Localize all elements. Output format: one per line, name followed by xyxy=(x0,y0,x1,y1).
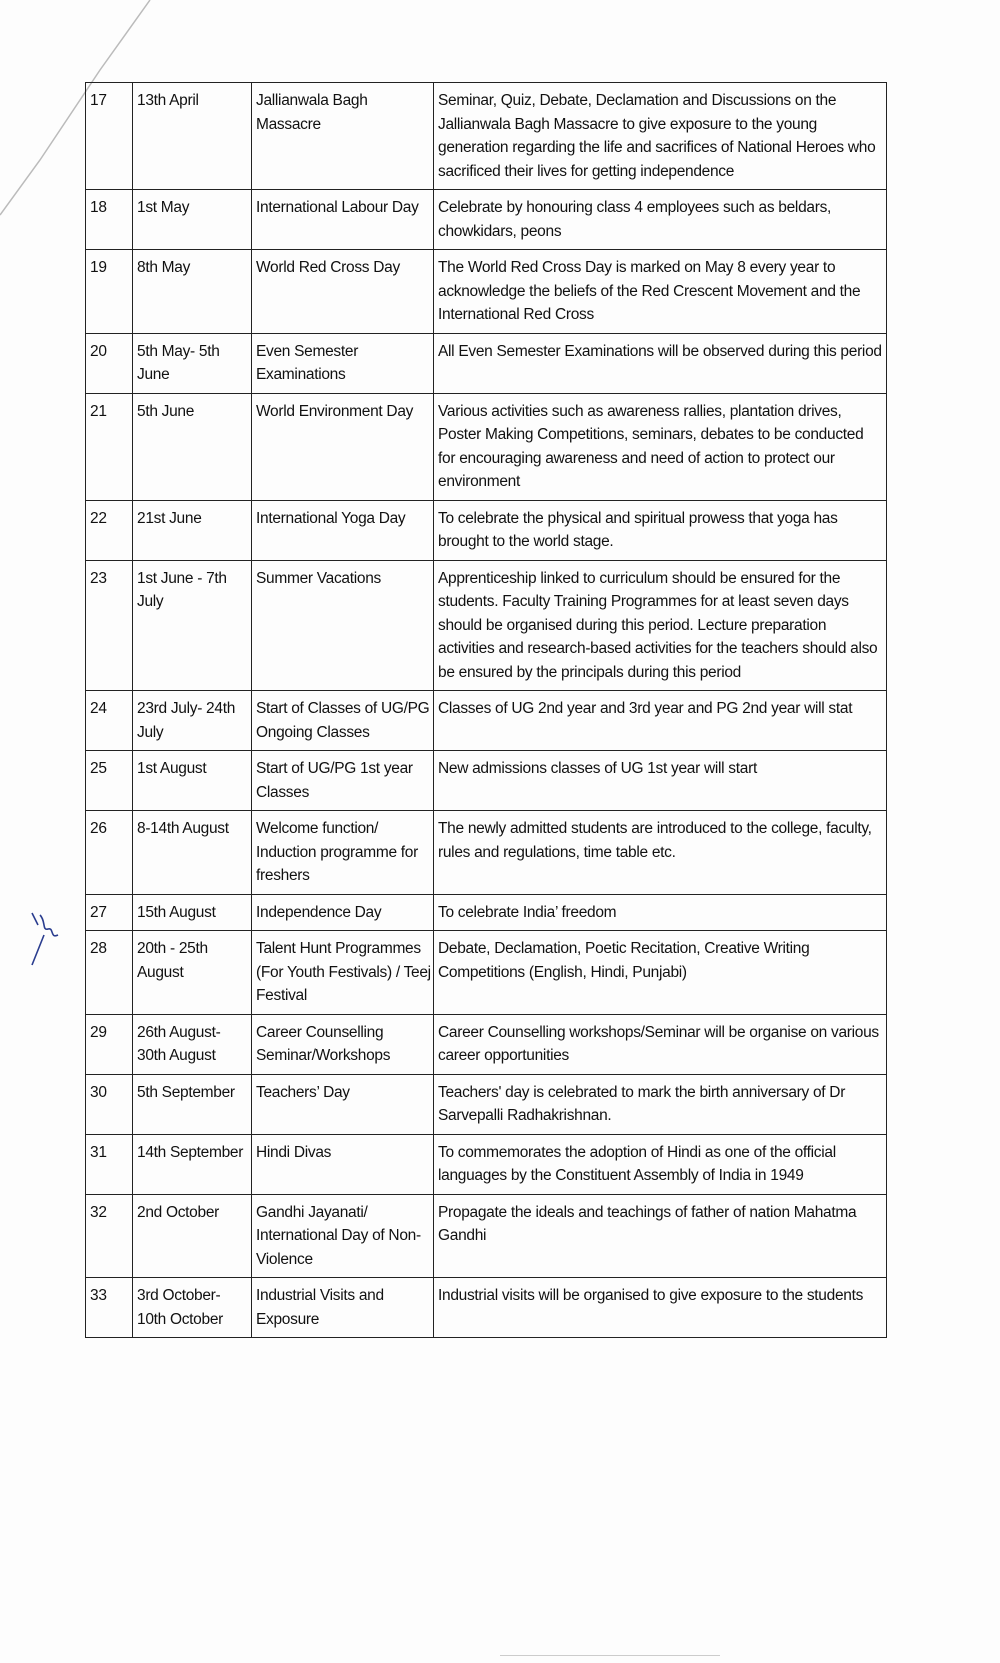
serial-number-cell: 28 xyxy=(86,931,133,1015)
event-cell: Even Semester Examinations xyxy=(252,333,434,393)
description-cell: Seminar, Quiz, Debate, Declamation and D… xyxy=(434,83,887,190)
date-cell: 2nd October xyxy=(133,1194,252,1278)
event-cell: Jallianwala Bagh Massacre xyxy=(252,83,434,190)
description-cell: To commemorates the adoption of Hindi as… xyxy=(434,1134,887,1194)
description-cell: Career Counselling workshops/Seminar wil… xyxy=(434,1014,887,1074)
serial-number-cell: 31 xyxy=(86,1134,133,1194)
event-cell: Summer Vacations xyxy=(252,560,434,691)
description-cell: Teachers' day is celebrated to mark the … xyxy=(434,1074,887,1134)
description-cell: New admissions classes of UG 1st year wi… xyxy=(434,751,887,811)
date-cell: 1st May xyxy=(133,190,252,250)
event-cell: Independence Day xyxy=(252,894,434,931)
serial-number-cell: 17 xyxy=(86,83,133,190)
event-cell: International Labour Day xyxy=(252,190,434,250)
description-cell: Classes of UG 2nd year and 3rd year and … xyxy=(434,691,887,751)
description-cell: To celebrate India’ freedom xyxy=(434,894,887,931)
date-cell: 1st June - 7th July xyxy=(133,560,252,691)
table-row: 29 26th August- 30th August Career Couns… xyxy=(86,1014,887,1074)
table-row: 33 3rd October- 10th October Industrial … xyxy=(86,1278,887,1338)
table-row: 21 5th June World Environment Day Variou… xyxy=(86,393,887,500)
serial-number-cell: 19 xyxy=(86,250,133,334)
serial-number-cell: 18 xyxy=(86,190,133,250)
serial-number-cell: 33 xyxy=(86,1278,133,1338)
table-row: 26 8-14th August Welcome function/ Induc… xyxy=(86,811,887,895)
academic-calendar-table: 17 13th April Jallianwala Bagh Massacre … xyxy=(85,82,887,1338)
description-cell: Debate, Declamation, Poetic Recitation, … xyxy=(434,931,887,1015)
serial-number-cell: 22 xyxy=(86,500,133,560)
description-cell: To celebrate the physical and spiritual … xyxy=(434,500,887,560)
date-cell: 5th May- 5th June xyxy=(133,333,252,393)
date-cell: 8-14th August xyxy=(133,811,252,895)
event-cell: Teachers’ Day xyxy=(252,1074,434,1134)
description-cell: The newly admitted students are introduc… xyxy=(434,811,887,895)
date-cell: 14th September xyxy=(133,1134,252,1194)
serial-number-cell: 30 xyxy=(86,1074,133,1134)
signature-mark xyxy=(28,905,68,975)
table-row: 32 2nd October Gandhi Jayanati/ Internat… xyxy=(86,1194,887,1278)
table-row: 19 8th May World Red Cross Day The World… xyxy=(86,250,887,334)
description-cell: Industrial visits will be organised to g… xyxy=(434,1278,887,1338)
serial-number-cell: 21 xyxy=(86,393,133,500)
date-cell: 3rd October- 10th October xyxy=(133,1278,252,1338)
description-cell: All Even Semester Examinations will be o… xyxy=(434,333,887,393)
date-cell: 13th April xyxy=(133,83,252,190)
event-cell: International Yoga Day xyxy=(252,500,434,560)
description-cell: Various activities such as awareness ral… xyxy=(434,393,887,500)
serial-number-cell: 20 xyxy=(86,333,133,393)
description-cell: Propagate the ideals and teachings of fa… xyxy=(434,1194,887,1278)
event-cell: Welcome function/ Induction programme fo… xyxy=(252,811,434,895)
date-cell: 23rd July- 24th July xyxy=(133,691,252,751)
event-cell: Hindi Divas xyxy=(252,1134,434,1194)
serial-number-cell: 32 xyxy=(86,1194,133,1278)
event-cell: Career Counselling Seminar/Workshops xyxy=(252,1014,434,1074)
description-cell: Celebrate by honouring class 4 employees… xyxy=(434,190,887,250)
table-row: 23 1st June - 7th July Summer Vacations … xyxy=(86,560,887,691)
event-cell: World Environment Day xyxy=(252,393,434,500)
date-cell: 1st August xyxy=(133,751,252,811)
date-cell: 5th June xyxy=(133,393,252,500)
date-cell: 5th September xyxy=(133,1074,252,1134)
event-cell: Start of UG/PG 1st year Classes xyxy=(252,751,434,811)
table-row: 31 14th September Hindi Divas To commemo… xyxy=(86,1134,887,1194)
serial-number-cell: 23 xyxy=(86,560,133,691)
date-cell: 15th August xyxy=(133,894,252,931)
table-row: 24 23rd July- 24th July Start of Classes… xyxy=(86,691,887,751)
table-row: 17 13th April Jallianwala Bagh Massacre … xyxy=(86,83,887,190)
table-row: 28 20th - 25th August Talent Hunt Progra… xyxy=(86,931,887,1015)
table-row: 18 1st May International Labour Day Cele… xyxy=(86,190,887,250)
serial-number-cell: 27 xyxy=(86,894,133,931)
event-cell: Gandhi Jayanati/ International Day of No… xyxy=(252,1194,434,1278)
table-row: 27 15th August Independence Day To celeb… xyxy=(86,894,887,931)
description-cell: The World Red Cross Day is marked on May… xyxy=(434,250,887,334)
serial-number-cell: 29 xyxy=(86,1014,133,1074)
date-cell: 21st June xyxy=(133,500,252,560)
scan-edge-line xyxy=(500,1655,720,1656)
event-cell: Start of Classes of UG/PG Ongoing Classe… xyxy=(252,691,434,751)
description-cell: Apprenticeship linked to curriculum shou… xyxy=(434,560,887,691)
date-cell: 8th May xyxy=(133,250,252,334)
table-row: 20 5th May- 5th June Even Semester Exami… xyxy=(86,333,887,393)
serial-number-cell: 25 xyxy=(86,751,133,811)
event-cell: World Red Cross Day xyxy=(252,250,434,334)
table-row: 22 21st June International Yoga Day To c… xyxy=(86,500,887,560)
event-cell: Talent Hunt Programmes (For Youth Festiv… xyxy=(252,931,434,1015)
date-cell: 26th August- 30th August xyxy=(133,1014,252,1074)
date-cell: 20th - 25th August xyxy=(133,931,252,1015)
serial-number-cell: 24 xyxy=(86,691,133,751)
event-cell: Industrial Visits and Exposure xyxy=(252,1278,434,1338)
table-row: 30 5th September Teachers’ Day Teachers'… xyxy=(86,1074,887,1134)
table-row: 25 1st August Start of UG/PG 1st year Cl… xyxy=(86,751,887,811)
serial-number-cell: 26 xyxy=(86,811,133,895)
